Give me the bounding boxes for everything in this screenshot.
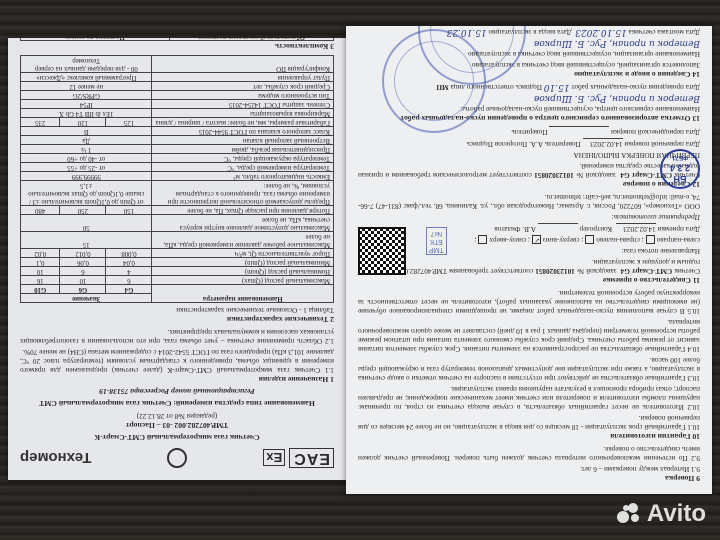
value-cell: B bbox=[21, 127, 152, 136]
value-cell: 99999,999 bbox=[21, 172, 152, 181]
flow-direction-label: Направление потока газа: bbox=[358, 246, 700, 255]
value-cell: 0,04 bbox=[106, 258, 152, 267]
table-row: Температура окружающей среды, °Сот -40 д… bbox=[21, 154, 334, 163]
param-cell: Максимальное рабочее давление измеряемой… bbox=[152, 232, 334, 249]
otk-stamp-line: БТК bbox=[429, 237, 444, 245]
otk-stamp-line: ТМР bbox=[429, 245, 444, 253]
value-cell: от -40 до +60 bbox=[21, 154, 152, 163]
param-cell: Температура измеряемой среды, °С bbox=[152, 163, 334, 172]
param-cell: Габаритные размеры, мм, не более: высота… bbox=[152, 118, 334, 127]
table-row: Порог чувствительности Qt, м³/ч0,0080,01… bbox=[21, 249, 334, 258]
col-order: Поставка по заказу bbox=[21, 38, 170, 41]
paragraph-10-5: 10.5 В случае выполнения пуско-наладочны… bbox=[358, 288, 700, 315]
right-page-content: 9 Поверка 9.1 Интервал между поверками –… bbox=[346, 26, 712, 494]
left-page-content: EAC Ex Техномер Счетчик газа микротермал… bbox=[8, 38, 346, 480]
checkbox[interactable] bbox=[646, 235, 655, 244]
value-cell: 10 bbox=[21, 267, 60, 276]
value-cell: 15 bbox=[21, 232, 152, 249]
value-cell: 125 bbox=[106, 118, 152, 127]
meter-model: СМТ-Смарт G4 bbox=[621, 267, 673, 275]
value-cell: 150 bbox=[106, 206, 152, 215]
paragraph-9-2: 9.2 По истечении межповерочного интервал… bbox=[358, 444, 700, 462]
value-cell: 6 bbox=[60, 267, 106, 276]
acceptance-date: 14.02.2023 bbox=[616, 223, 656, 233]
acceptance-date-label: Дата приемки bbox=[658, 225, 701, 233]
checkbox[interactable] bbox=[585, 235, 594, 244]
param-cell: Потеря давления при расходе Qmax, Па, не… bbox=[152, 206, 334, 215]
section-10-title: 10 Гарантии изготовителя bbox=[358, 432, 700, 441]
table-row: Пределы допускаемой относительной погреш… bbox=[21, 181, 334, 206]
paragraph-9-1: 9.1 Интервал между поверками – 6 лет. bbox=[358, 464, 700, 473]
type-name: Наименование типа средства измерений: Сч… bbox=[20, 399, 334, 408]
value-cell: GPRS/2G bbox=[21, 91, 152, 100]
model-header: G10 bbox=[21, 285, 60, 294]
param-cell: Порог чувствительности Qt, м³/ч bbox=[152, 249, 334, 258]
paragraph-10-1: 10.1 Гарантийный срок эксплуатации - 18 … bbox=[358, 413, 700, 431]
param-cell: Минимальный расход (Qmin) bbox=[152, 258, 334, 267]
table-row: Встроенный запорный клапанДа bbox=[21, 136, 334, 145]
org-hand: Ветерок и пропан, Рус. Б. Ширков bbox=[358, 38, 700, 47]
value-cell: 50 bbox=[21, 215, 152, 232]
param-cell: Емкость индикаторного табло, м³ bbox=[152, 172, 334, 181]
param-cell: Присоединительная резьба, дюйм bbox=[152, 145, 334, 154]
table-row: Емкость индикаторного табло, м³99999,999 bbox=[21, 172, 334, 181]
value-cell: 0,1 bbox=[21, 258, 60, 267]
value-cell: от Qmin до 0,1Qnom включительно ±3 / свы… bbox=[21, 181, 152, 206]
param-cell: Встроенный запорный клапан bbox=[152, 136, 334, 145]
model-header: G4 bbox=[106, 285, 152, 294]
table-row: Пульт управленияПрограммный комплекс «Дж… bbox=[21, 73, 334, 82]
param-cell: Максимально допустимое давление внутри к… bbox=[152, 215, 334, 232]
value-cell: 1 ¼ bbox=[21, 145, 152, 154]
value-cell: 10 bbox=[60, 276, 106, 285]
table-row: Конфигурация ПО00 - для передачи данных … bbox=[21, 56, 334, 73]
value-cell: 0,02 bbox=[21, 249, 60, 258]
table-row: Потеря давления при расходе Qmax, Па, не… bbox=[21, 206, 334, 215]
param-cell: Средний срок службы, лет bbox=[152, 82, 334, 91]
manufacturer-label: Предприятие изготовитель: bbox=[358, 212, 700, 221]
acceptance-meter: Счетчик СМТ-Смарт G4 заводской № 1012302… bbox=[358, 257, 700, 275]
periodic-date bbox=[549, 126, 609, 136]
table-1-caption: Таблица 1 - Основные технические характе… bbox=[20, 305, 334, 314]
section-12-title: 12 Сведения о поверке bbox=[358, 180, 700, 189]
section-9-title: 9 Поверка bbox=[358, 474, 700, 483]
s14-note: Заполняется организацией, осуществившей … bbox=[358, 60, 700, 69]
section-3-title: 3 Комплектность bbox=[20, 42, 334, 51]
stamp-line: ФБ71 bbox=[662, 151, 698, 162]
value-cell: 250 bbox=[60, 206, 106, 215]
table-row: Маркировка взрывозащиты1Ex ib IIB T4 Gb … bbox=[21, 109, 334, 118]
ex-mark: Ex bbox=[263, 450, 285, 467]
table-row: Степень защиты ГОСТ 14254-2015IP54 bbox=[21, 100, 334, 109]
paragraph-1-1: 1.1 Счетчик газа микротермальный СМТ-Сма… bbox=[20, 347, 334, 374]
value-cell: не менее 12 bbox=[21, 82, 152, 91]
param-cell: Пределы допускаемой относительной погреш… bbox=[152, 181, 334, 206]
service-center-block: 13 Отметка авторизованного сервисного це… bbox=[358, 82, 700, 123]
qr-code bbox=[358, 227, 406, 275]
meter-label: Счетчик bbox=[674, 267, 700, 275]
spec-table-body: Максимальный расход (Qmax)61016Номинальн… bbox=[21, 56, 334, 285]
param-cell: Тип встроенного модема bbox=[152, 91, 334, 100]
verifier-name: А.А. Погорелов bbox=[495, 140, 543, 148]
kit-table: Обязательный комплект поставки Поставка … bbox=[20, 38, 334, 41]
value-cell: 120 bbox=[60, 118, 106, 127]
table-row: Температура измеряемой среды, °Сот -25 д… bbox=[21, 163, 334, 172]
passport-right-page: 9 Поверка 9.1 Интервал между поверками –… bbox=[346, 26, 712, 494]
col-mandatory: Обязательный комплект поставки bbox=[170, 38, 334, 41]
verification-stamp: БН 2 3.4 ФБ71 bbox=[660, 149, 700, 189]
value-cell: 480 bbox=[21, 206, 60, 215]
section-11-title: 11 Свидетельство о приемке bbox=[358, 276, 700, 285]
table-row: Максимальный расход (Qmax)61016 bbox=[21, 276, 334, 285]
paragraph-10-2: 10.2 Изготовитель не несет гарантийных о… bbox=[358, 384, 700, 411]
paragraph-1-2: 1.2 Область применения счетчика – учет о… bbox=[20, 327, 334, 345]
value-cell: 235 bbox=[21, 118, 60, 127]
value-cell: 0,012 bbox=[60, 249, 106, 258]
table-row: Тип встроенного модемаGPRS/2G bbox=[21, 91, 334, 100]
signature-label: Подпись bbox=[467, 140, 493, 148]
periodic-verifier-label: Поверитель bbox=[511, 128, 547, 136]
table-row: Класс запорного клапана по ГОСТ 9544-201… bbox=[21, 127, 334, 136]
install-row: Дата монтажа счетчика 15.10.2023 Дата вв… bbox=[358, 27, 700, 36]
param-cell: Конфигурация ПО bbox=[152, 56, 334, 73]
otk-stamp: ТМР БТК №7 bbox=[426, 227, 447, 255]
brand-logo: Техномер bbox=[20, 450, 92, 467]
table-row: Присоединительная резьба, дюйм1 ¼ bbox=[21, 145, 334, 154]
paragraph-10-3: 10.3 Гарантийные обязательства не действ… bbox=[358, 355, 700, 382]
verification-block: 12 Сведения о поверке Счетчик СМТ-Смарт … bbox=[358, 126, 700, 189]
primary-done: ПЕРВИЧНАЯ ПОВЕРКА ВЫПОЛНЕНА bbox=[358, 150, 700, 159]
controller-name: А.В. Филатов bbox=[494, 225, 536, 233]
edition: (редакция №8 от 28.12.22) bbox=[20, 411, 334, 420]
value-cell: 16 bbox=[21, 276, 60, 285]
value-cell: 00 - для передачи данных на сервер Техно… bbox=[21, 56, 152, 73]
stamp-line: 2 3.4 bbox=[662, 162, 698, 173]
flow-option: снизу-вверх; bbox=[474, 236, 526, 244]
flow-direction-options: слева-направо; справа-налево; сверху-вни… bbox=[358, 235, 700, 244]
serial-label: заводской № bbox=[576, 171, 616, 179]
checkbox[interactable]: ✓ bbox=[532, 235, 541, 244]
serial-label: заводской № bbox=[577, 267, 617, 275]
verifier-label: Поверитель bbox=[545, 140, 581, 148]
doc-title: Счетчик газа микротермальный СМТ-Смарт-К bbox=[20, 433, 334, 442]
param-cell: Пульт управления bbox=[152, 73, 334, 82]
flow-option: сверху-вниз✓; bbox=[526, 236, 579, 244]
param-cell: Степень защиты ГОСТ 14254-2015 bbox=[152, 100, 334, 109]
value-cell: от -25 до +55 bbox=[21, 163, 152, 172]
manufacturer-address: ООО «Техномер», 607220, Россия, г. Арзам… bbox=[358, 192, 700, 210]
value-cell: 1Ex ib IIB T4 Gb X bbox=[21, 109, 152, 118]
circle-logo-icon bbox=[167, 448, 187, 468]
table-row: Минимальный расход (Qmin)0,040,060,1 bbox=[21, 258, 334, 267]
install-date: 15.10.2023 bbox=[575, 27, 627, 37]
table-row: Максимальное рабочее давление измеряемой… bbox=[21, 232, 334, 249]
value-cell: Программный комплекс «Джесси» bbox=[21, 73, 152, 82]
avito-watermark: Avito bbox=[617, 500, 706, 528]
value-cell: 4 bbox=[106, 267, 152, 276]
section-2-title: 2 Технические характеристики bbox=[20, 315, 334, 324]
serial-number: 10123020851 bbox=[535, 267, 575, 275]
otk-stamp-line: №7 bbox=[429, 229, 444, 237]
serial-number: 10123020851 bbox=[534, 171, 574, 179]
org-label: Наименование организации, осуществившей … bbox=[358, 49, 700, 58]
stamp-line: БН bbox=[662, 173, 698, 184]
spec-table: Наименование параметра Значение G4G6G10 … bbox=[20, 55, 334, 303]
section-14-title: 14 Сведения о вводе в эксплуатацию bbox=[358, 70, 700, 79]
value-cell: 6 bbox=[106, 276, 152, 285]
value-cell: IP54 bbox=[21, 100, 152, 109]
col-value: Значение bbox=[21, 294, 152, 303]
value-cell: 0,06 bbox=[60, 258, 106, 267]
primary-date-label: Дата первичной поверки bbox=[624, 140, 700, 148]
commissioning-date: 15.10 bbox=[544, 82, 570, 92]
install-date-label: Дата монтажа счетчика bbox=[628, 28, 700, 36]
passport-left-page: EAC Ex Техномер Счетчик газа микротермал… bbox=[8, 38, 346, 480]
acceptance-block: 11 Свидетельство о приемке Счетчик СМТ-С… bbox=[358, 223, 700, 285]
primary-date-row: Дата первичной поверки 14.02.2023 Повери… bbox=[358, 138, 700, 148]
doc-subtitle: ТМР.407282.002 -03 – Паспорт bbox=[20, 421, 334, 430]
param-cell: Номинальный расход (Qnom) bbox=[152, 267, 334, 276]
primary-date: 14.02.2023 bbox=[583, 138, 623, 148]
table-row: Номинальный расход (Qnom)4610 bbox=[21, 267, 334, 276]
controller-label: Контролер bbox=[580, 225, 613, 233]
registry-number: Регистрационный номер Росреестра 75138-1… bbox=[20, 387, 334, 396]
table-row: Габаритные размеры, мм, не более: высота… bbox=[21, 118, 334, 127]
param-cell: Максимальный расход (Qmax) bbox=[152, 276, 334, 285]
commissioning-block: 14 Сведения о вводе в эксплуатацию Запол… bbox=[358, 26, 700, 79]
param-cell: Маркировка взрывозащиты bbox=[152, 109, 334, 118]
param-cell: Температура окружающей среды, °С bbox=[152, 154, 334, 163]
flow-option: слева-направо; bbox=[640, 236, 700, 244]
checkbox[interactable] bbox=[478, 235, 487, 244]
param-cell: Класс запорного клапана по ГОСТ 9544-201… bbox=[152, 127, 334, 136]
section-1-title: 1 Назначение изделия bbox=[20, 375, 334, 384]
flow-option: справа-налево; bbox=[580, 236, 640, 244]
periodic-row: Дата периодической поверки Поверитель bbox=[358, 126, 700, 136]
value-cell: 0,008 bbox=[106, 249, 152, 258]
avito-text: Avito bbox=[647, 500, 706, 528]
verification-meter: Счетчик СМТ-Смарт G4 заводской № 1012302… bbox=[358, 161, 700, 179]
logo-row: EAC Ex Техномер bbox=[20, 448, 334, 468]
table-row: Максимально допустимое давление внутри к… bbox=[21, 215, 334, 232]
model-header: G6 bbox=[60, 285, 106, 294]
avito-logo-icon bbox=[617, 503, 643, 525]
periodic-label: Дата периодической поверки bbox=[611, 128, 700, 136]
value-cell: Да bbox=[21, 136, 152, 145]
paragraph-10-4: 10.4 Гарантийные обязательства не распро… bbox=[358, 317, 700, 353]
acceptance-date-row: Дата приемки 14.02.2023 Контролер А.В. Ф… bbox=[358, 223, 700, 233]
col-param: Наименование параметра bbox=[152, 285, 334, 303]
table-row: Средний срок службы, летне менее 12 bbox=[21, 82, 334, 91]
commissioning-date-label: Дата проведения пуско-наладочных работ bbox=[571, 83, 700, 91]
eac-mark: EAC bbox=[289, 448, 334, 468]
controller-signature bbox=[538, 223, 578, 233]
